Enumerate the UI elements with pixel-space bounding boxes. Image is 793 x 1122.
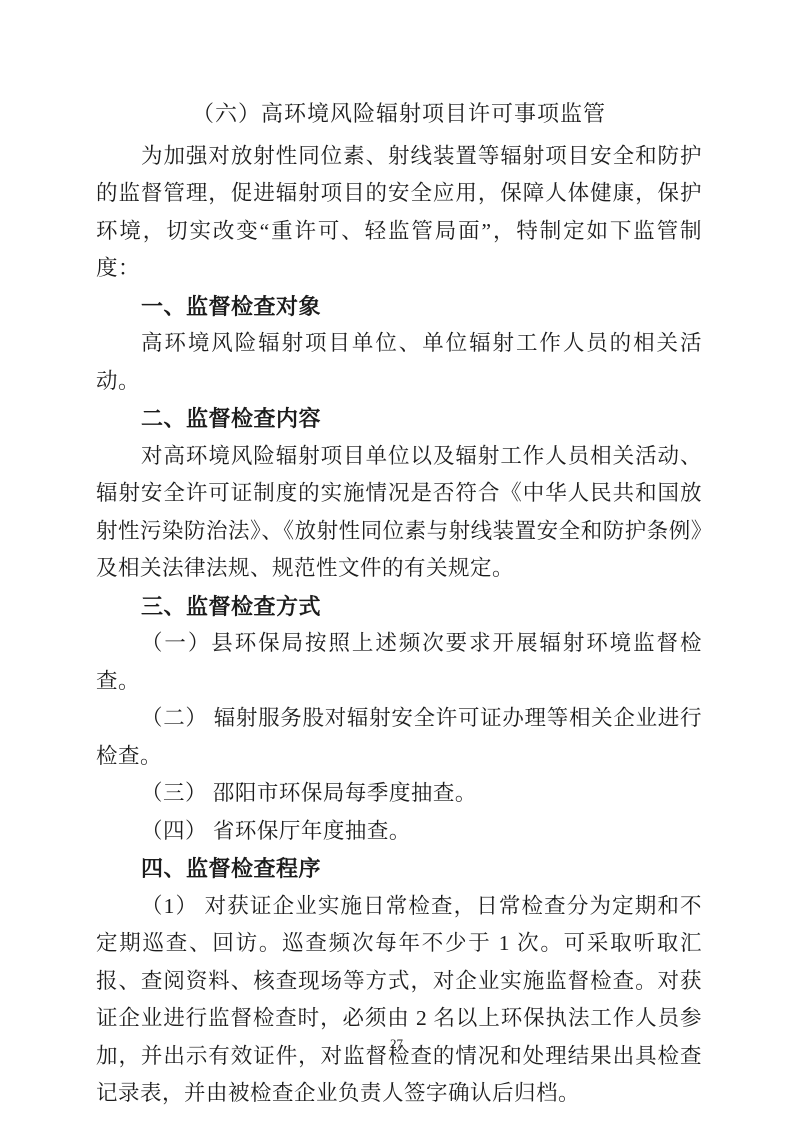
paragraph-intro: 为加强对放射性同位素、射线装置等辐射项目安全和防护的监督管理，促进辐射项目的安全… bbox=[96, 138, 702, 288]
paragraph-item-3: （三） 邵阳市环保局每季度抽查。 bbox=[96, 775, 702, 813]
section-heading-1: 一、监督检查对象 bbox=[141, 288, 702, 326]
section-heading-2: 二、监督检查内容 bbox=[141, 400, 702, 438]
page-number: 27 bbox=[0, 1036, 793, 1052]
paragraph-item-1: （一）县环保局按照上述频次要求开展辐射环境监督检查。 bbox=[96, 625, 702, 700]
paragraph-item-2: （二） 辐射服务股对辐射安全许可证办理等相关企业进行检查。 bbox=[96, 700, 702, 775]
section-heading-4: 四、监督检查程序 bbox=[141, 850, 702, 888]
paragraph-section-1: 高环境风险辐射项目单位、单位辐射工作人员的相关活动。 bbox=[96, 325, 702, 400]
document-title: （六）高环境风险辐射项目许可事项监管 bbox=[96, 95, 702, 133]
paragraph-procedure-1: （1） 对获证企业实施日常检查，日常检查分为定期和不定期巡查、回访。巡查频次每年… bbox=[96, 888, 702, 1113]
document-page: （六）高环境风险辐射项目许可事项监管 为加强对放射性同位素、射线装置等辐射项目安… bbox=[0, 0, 793, 1122]
paragraph-section-2: 对高环境风险辐射项目单位以及辐射工作人员相关活动、辐射安全许可证制度的实施情况是… bbox=[96, 438, 702, 588]
document-content: （六）高环境风险辐射项目许可事项监管 为加强对放射性同位素、射线装置等辐射项目安… bbox=[96, 95, 702, 1113]
paragraph-item-4: （四） 省环保厅年度抽查。 bbox=[96, 813, 702, 851]
section-heading-3: 三、监督检查方式 bbox=[141, 588, 702, 626]
